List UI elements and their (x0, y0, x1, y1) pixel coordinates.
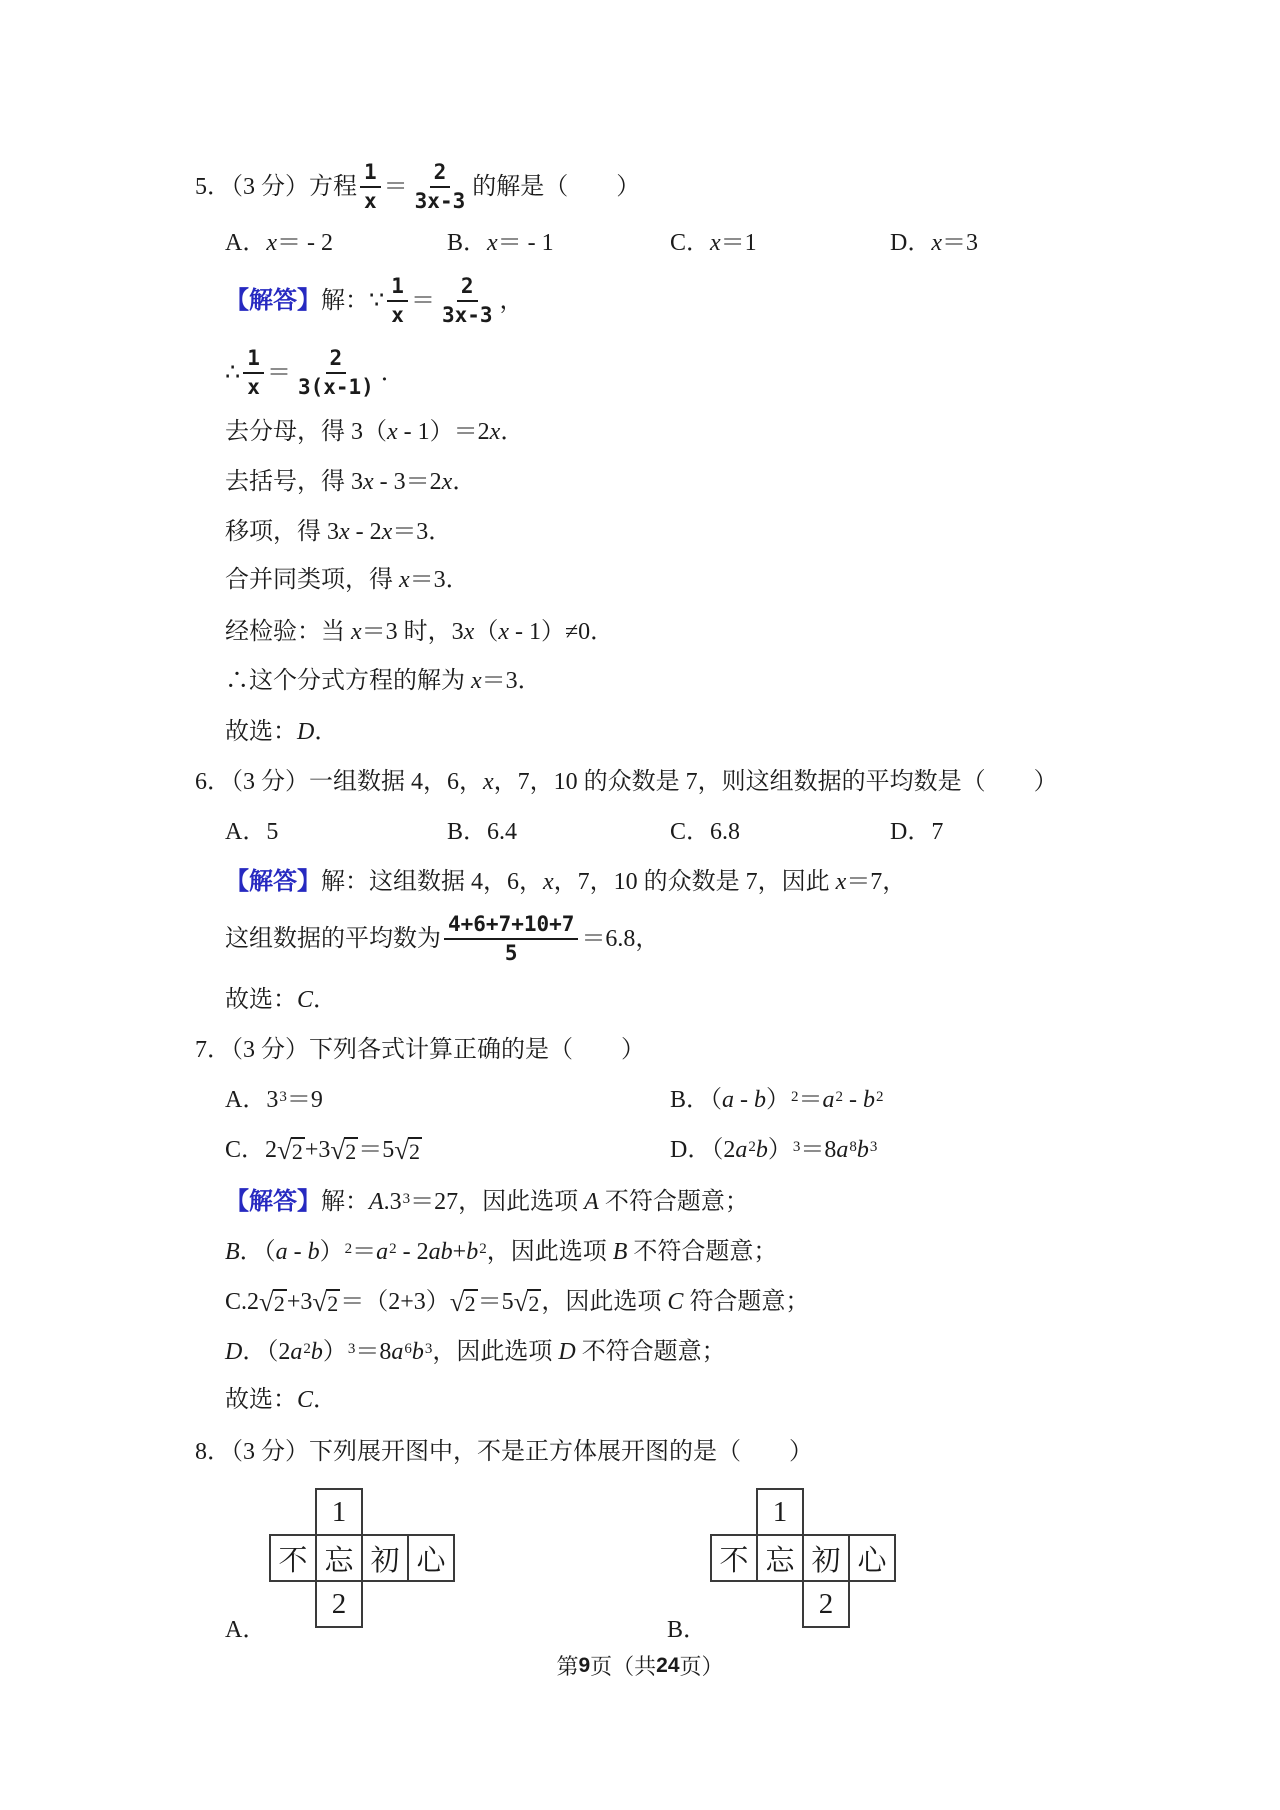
q5-solution-line-5: 移项，得 3x - 2x＝3． (225, 515, 452, 549)
net-b-cell-3: 初 (802, 1534, 850, 1582)
q8-option-b-label: B． (667, 1613, 707, 1647)
q6-option-a: A．5 (225, 815, 278, 849)
q5-answer: 故选：D． (225, 715, 338, 749)
q6-solution-line-1: 【解答】解：这组数据 4，6，x，7，10 的众数是 7，因此 x＝7， (225, 865, 906, 899)
net-a-cell-1: 不 (269, 1534, 317, 1582)
net-b-cell-4: 心 (848, 1534, 896, 1582)
fraction: 23(x-1) (294, 346, 378, 400)
q5-solution-line-2: ∴1x＝23(x-1)． (225, 344, 405, 402)
fraction: 23x-3 (438, 274, 497, 328)
fraction: 1x (243, 346, 264, 400)
question-8-title: 8．（3 分）下列展开图中，不是正方体展开图的是（ ） (195, 1435, 813, 1469)
q7-option-c: C．2√2+3√2＝5√2 (225, 1133, 422, 1167)
net-b-cell-bottom: 2 (802, 1580, 850, 1628)
radical: √2 (450, 1289, 478, 1315)
q6-solution-line-2: 这组数据的平均数为4+6+7+10+75＝6.8， (225, 910, 659, 968)
net-b-cell-2: 忘 (756, 1534, 804, 1582)
answer-tag: 【解答】 (225, 1185, 321, 1219)
net-a-cell-top: 1 (315, 1488, 363, 1536)
fraction: 1x (387, 274, 408, 328)
question-7-title: 7．（3 分）下列各式计算正确的是（ ） (195, 1033, 645, 1067)
q8-option-a-label: A． (225, 1613, 266, 1647)
q7-solution-line-3: C.2√2+3√2＝（2+3）√2＝5√2，因此选项 C 符合题意； (225, 1285, 809, 1319)
page-footer: 第9页（共24页） (556, 1650, 723, 1681)
q7-option-d: D．（2a2b）3＝8a8b3 (670, 1133, 877, 1167)
q7-option-a: A．33＝9 (225, 1083, 323, 1117)
q6-option-d: D．7 (890, 815, 943, 849)
q5-solution-line-1: 【解答】解：∵1x＝23x-3， (225, 272, 524, 330)
q7-solution-line-2: B．（a - b）2＝a2 - 2ab+b2，因此选项 B 不符合题意； (225, 1235, 777, 1269)
exam-answer-page: 5．（3 分）方程1x＝23x-3的解是（ ） A．x＝ - 2 B．x＝ - … (0, 0, 1280, 1810)
net-a-cell-2: 忘 (315, 1534, 363, 1582)
question-6-title: 6．（3 分）一组数据 4，6，x，7，10 的众数是 7，则这组数据的平均数是… (195, 765, 1058, 799)
question-5-title: 5．（3 分）方程1x＝23x-3的解是（ ） (195, 158, 640, 216)
answer-tag: 【解答】 (225, 284, 321, 318)
q5-solution-line-3: 去分母，得 3（x - 1）＝2x． (225, 415, 524, 449)
q7-solution-line-4: D．（2a2b）3＝8a6b3，因此选项 D 不符合题意； (225, 1335, 726, 1369)
q5-solution-line-6: 合并同类项，得 x＝3． (225, 563, 470, 597)
q5-solution-line-4: 去括号，得 3x - 3＝2x． (225, 465, 476, 499)
fraction: 23x-3 (411, 160, 470, 214)
q5-solution-line-8: ∴这个分式方程的解为 x＝3． (225, 664, 542, 698)
radical: √2 (394, 1137, 422, 1163)
radical: √2 (259, 1289, 287, 1315)
radical: √2 (330, 1137, 358, 1163)
q7-solution-line-1: 【解答】解：A.33＝27，因此选项 A 不符合题意； (225, 1185, 749, 1219)
net-a-cell-3: 初 (361, 1534, 409, 1582)
q5-option-d: D．x＝3 (890, 226, 978, 260)
page-number: 9 (578, 1654, 590, 1678)
radical: √2 (312, 1289, 340, 1315)
q5-option-c: C．x＝1 (670, 226, 757, 260)
radical: √2 (277, 1137, 305, 1163)
net-a-cell-4: 心 (407, 1534, 455, 1582)
fraction: 1x (360, 160, 381, 214)
radical: √2 (514, 1289, 542, 1315)
q5-option-a: A．x＝ - 2 (225, 226, 333, 260)
q7-answer: 故选：C． (225, 1383, 337, 1417)
q6-answer: 故选：C． (225, 983, 337, 1017)
q6-option-c: C．6.8 (670, 815, 740, 849)
answer-tag: 【解答】 (225, 865, 321, 899)
q5-option-b: B．x＝ - 1 (447, 226, 554, 260)
net-b-cell-1: 不 (710, 1534, 758, 1582)
q6-option-b: B．6.4 (447, 815, 517, 849)
net-b-cell-top: 1 (756, 1488, 804, 1536)
total-pages: 24 (656, 1654, 679, 1678)
fraction: 4+6+7+10+75 (444, 912, 578, 966)
q7-option-b: B．（a - b）2＝a2 - b2 (670, 1083, 884, 1117)
net-a-cell-bottom: 2 (315, 1580, 363, 1628)
q5-solution-line-7: 经检验：当 x＝3 时，3x（x - 1）≠0． (225, 615, 614, 649)
